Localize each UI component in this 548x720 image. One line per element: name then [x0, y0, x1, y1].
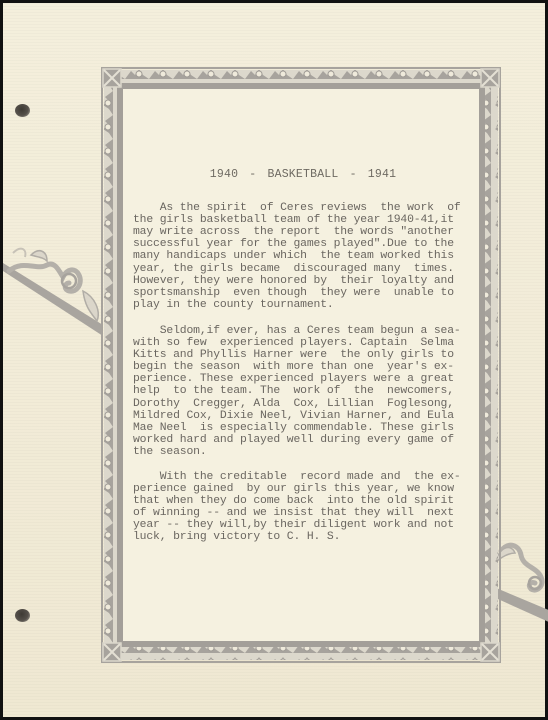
text-line: perience gained by our girls this year, … — [133, 483, 473, 495]
text-line: with so few experienced players. Captain… — [133, 337, 473, 349]
punch-hole-icon — [15, 104, 30, 117]
text-line: year -- they will,by their diligent work… — [133, 519, 473, 531]
text-line: worked hard and played well during every… — [133, 434, 473, 446]
text-line: As the spirit of Ceres reviews the work … — [133, 202, 473, 214]
text-line: luck, bring victory to C. H. S. — [133, 531, 473, 543]
acanthus-scroll-left-icon — [3, 241, 113, 341]
paragraph-2: Seldom,if ever, has a Ceres team begun a… — [133, 325, 473, 458]
text-line: With the creditable record made and the … — [133, 471, 473, 483]
text-line: Mildred Cox, Dixie Neel, Vivian Harner, … — [133, 410, 473, 422]
text-line: help to the team. The work of the newcom… — [133, 385, 473, 397]
text-line: that when they do come back into the old… — [133, 495, 473, 507]
text-line: the girls basketball team of the year 19… — [133, 214, 473, 226]
text-line: play in the county tournament. — [133, 299, 473, 311]
text-line: Mae Neel is especially commendable. Thes… — [133, 422, 473, 434]
text-line: the season. — [133, 446, 473, 458]
text-line: begin the season with more than one year… — [133, 361, 473, 373]
text-line: year, the girls became discouraged many … — [133, 263, 473, 275]
text-line: Seldom,if ever, has a Ceres team begun a… — [133, 325, 473, 337]
text-line: may write across the report the words "a… — [133, 226, 473, 238]
page-title: 1940 - BASKETBALL - 1941 — [133, 169, 473, 181]
text-line: successful year for the games played".Du… — [133, 238, 473, 250]
paragraph-1: As the spirit of Ceres reviews the work … — [133, 202, 473, 311]
text-line: However, they were honored by their loya… — [133, 275, 473, 287]
text-line: many handicaps under which the team work… — [133, 250, 473, 262]
text-line: perience. These experienced players were… — [133, 373, 473, 385]
paragraph-3: With the creditable record made and the … — [133, 471, 473, 544]
text-line: Dorothy Cregger, Alda Cox, Lillian Fogle… — [133, 398, 473, 410]
text-line: Kitts and Phyllis Harner were the only g… — [133, 349, 473, 361]
punch-hole-icon — [15, 609, 30, 622]
text-line: sportsmanship even though they were unab… — [133, 287, 473, 299]
document-body: 1940 - BASKETBALL - 1941 As the spirit o… — [133, 163, 473, 544]
text-line: of winning -- and we insist that they wi… — [133, 507, 473, 519]
scanned-page: 1940 - BASKETBALL - 1941 As the spirit o… — [3, 3, 545, 717]
